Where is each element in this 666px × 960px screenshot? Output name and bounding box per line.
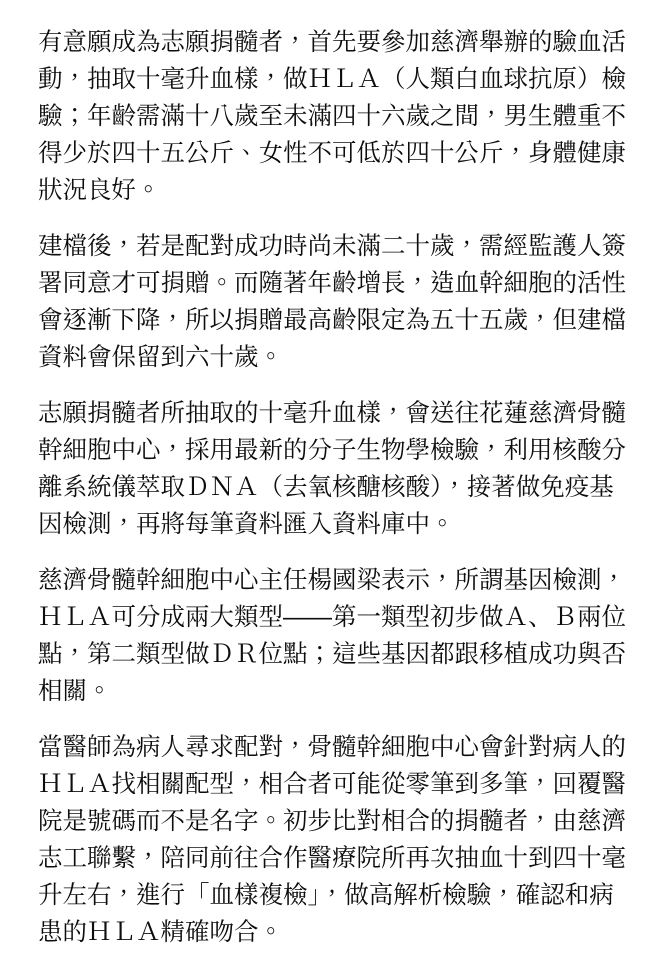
text-line: 驗；年齡需滿十八歲至未滿四十六歲之間，男生體重不 bbox=[38, 98, 638, 135]
text-line: ＨＬＡ可分成兩大類型——第一類型初步做Ａ、Ｂ兩位 bbox=[38, 599, 638, 636]
text-line: 幹細胞中心，採用最新的分子生物學檢驗，利用核酸分 bbox=[38, 432, 638, 469]
paragraph: 慈濟骨髓幹細胞中心主任楊國梁表示，所謂基因檢測，ＨＬＡ可分成兩大類型——第一類型… bbox=[38, 562, 638, 710]
text-line: 志願捐髓者所抽取的十毫升血樣，會送往花蓮慈濟骨髓 bbox=[38, 395, 638, 432]
text-line: ＨＬＡ找相關配型，相合者可能從零筆到多筆，回覆醫 bbox=[38, 766, 638, 803]
article-body: 有意願成為志願捐髓者，首先要參加慈濟舉辦的驗血活動，抽取十毫升血樣，做ＨＬＡ（人… bbox=[38, 24, 638, 951]
text-line: 建檔後，若是配對成功時尚未滿二十歲，需經監護人簽 bbox=[38, 228, 638, 265]
paragraph: 建檔後，若是配對成功時尚未滿二十歲，需經監護人簽署同意才可捐贈。而隨著年齡增長，… bbox=[38, 228, 638, 376]
paragraph: 志願捐髓者所抽取的十毫升血樣，會送往花蓮慈濟骨髓幹細胞中心，採用最新的分子生物學… bbox=[38, 395, 638, 543]
text-line: 相關。 bbox=[38, 673, 638, 710]
text-line: 得少於四十五公斤、女性不可低於四十公斤，身體健康 bbox=[38, 135, 638, 172]
text-line: 動，抽取十毫升血樣，做ＨＬＡ（人類白血球抗原）檢 bbox=[38, 61, 638, 98]
text-line: 狀況良好。 bbox=[38, 172, 638, 209]
text-line: 患的ＨＬＡ精確吻合。 bbox=[38, 914, 638, 951]
text-line: 資料會保留到六十歲。 bbox=[38, 339, 638, 376]
text-line: 點，第二類型做ＤＲ位點；這些基因都跟移植成功與否 bbox=[38, 636, 638, 673]
text-line: 離系統儀萃取ＤＮＡ（去氧核醣核酸），接著做免疫基 bbox=[38, 469, 638, 506]
text-line: 升左右，進行「血樣複檢」，做高解析檢驗，確認和病 bbox=[38, 877, 638, 914]
text-line: 院是號碼而不是名字。初步比對相合的捐髓者，由慈濟 bbox=[38, 803, 638, 840]
text-line: 會逐漸下降，所以捐贈最高齡限定為五十五歲，但建檔 bbox=[38, 302, 638, 339]
text-line: 因檢測，再將每筆資料匯入資料庫中。 bbox=[38, 506, 638, 543]
document-page: 有意願成為志願捐髓者，首先要參加慈濟舉辦的驗血活動，抽取十毫升血樣，做ＨＬＡ（人… bbox=[0, 0, 666, 951]
text-line: 慈濟骨髓幹細胞中心主任楊國梁表示，所謂基因檢測， bbox=[38, 562, 638, 599]
text-line: 有意願成為志願捐髓者，首先要參加慈濟舉辦的驗血活 bbox=[38, 24, 638, 61]
text-line: 署同意才可捐贈。而隨著年齡增長，造血幹細胞的活性 bbox=[38, 265, 638, 302]
paragraph: 當醫師為病人尋求配對，骨髓幹細胞中心會針對病人的ＨＬＡ找相關配型，相合者可能從零… bbox=[38, 729, 638, 951]
text-line: 當醫師為病人尋求配對，骨髓幹細胞中心會針對病人的 bbox=[38, 729, 638, 766]
text-line: 志工聯繫，陪同前往合作醫療院所再次抽血十到四十毫 bbox=[38, 840, 638, 877]
paragraph: 有意願成為志願捐髓者，首先要參加慈濟舉辦的驗血活動，抽取十毫升血樣，做ＨＬＡ（人… bbox=[38, 24, 638, 209]
